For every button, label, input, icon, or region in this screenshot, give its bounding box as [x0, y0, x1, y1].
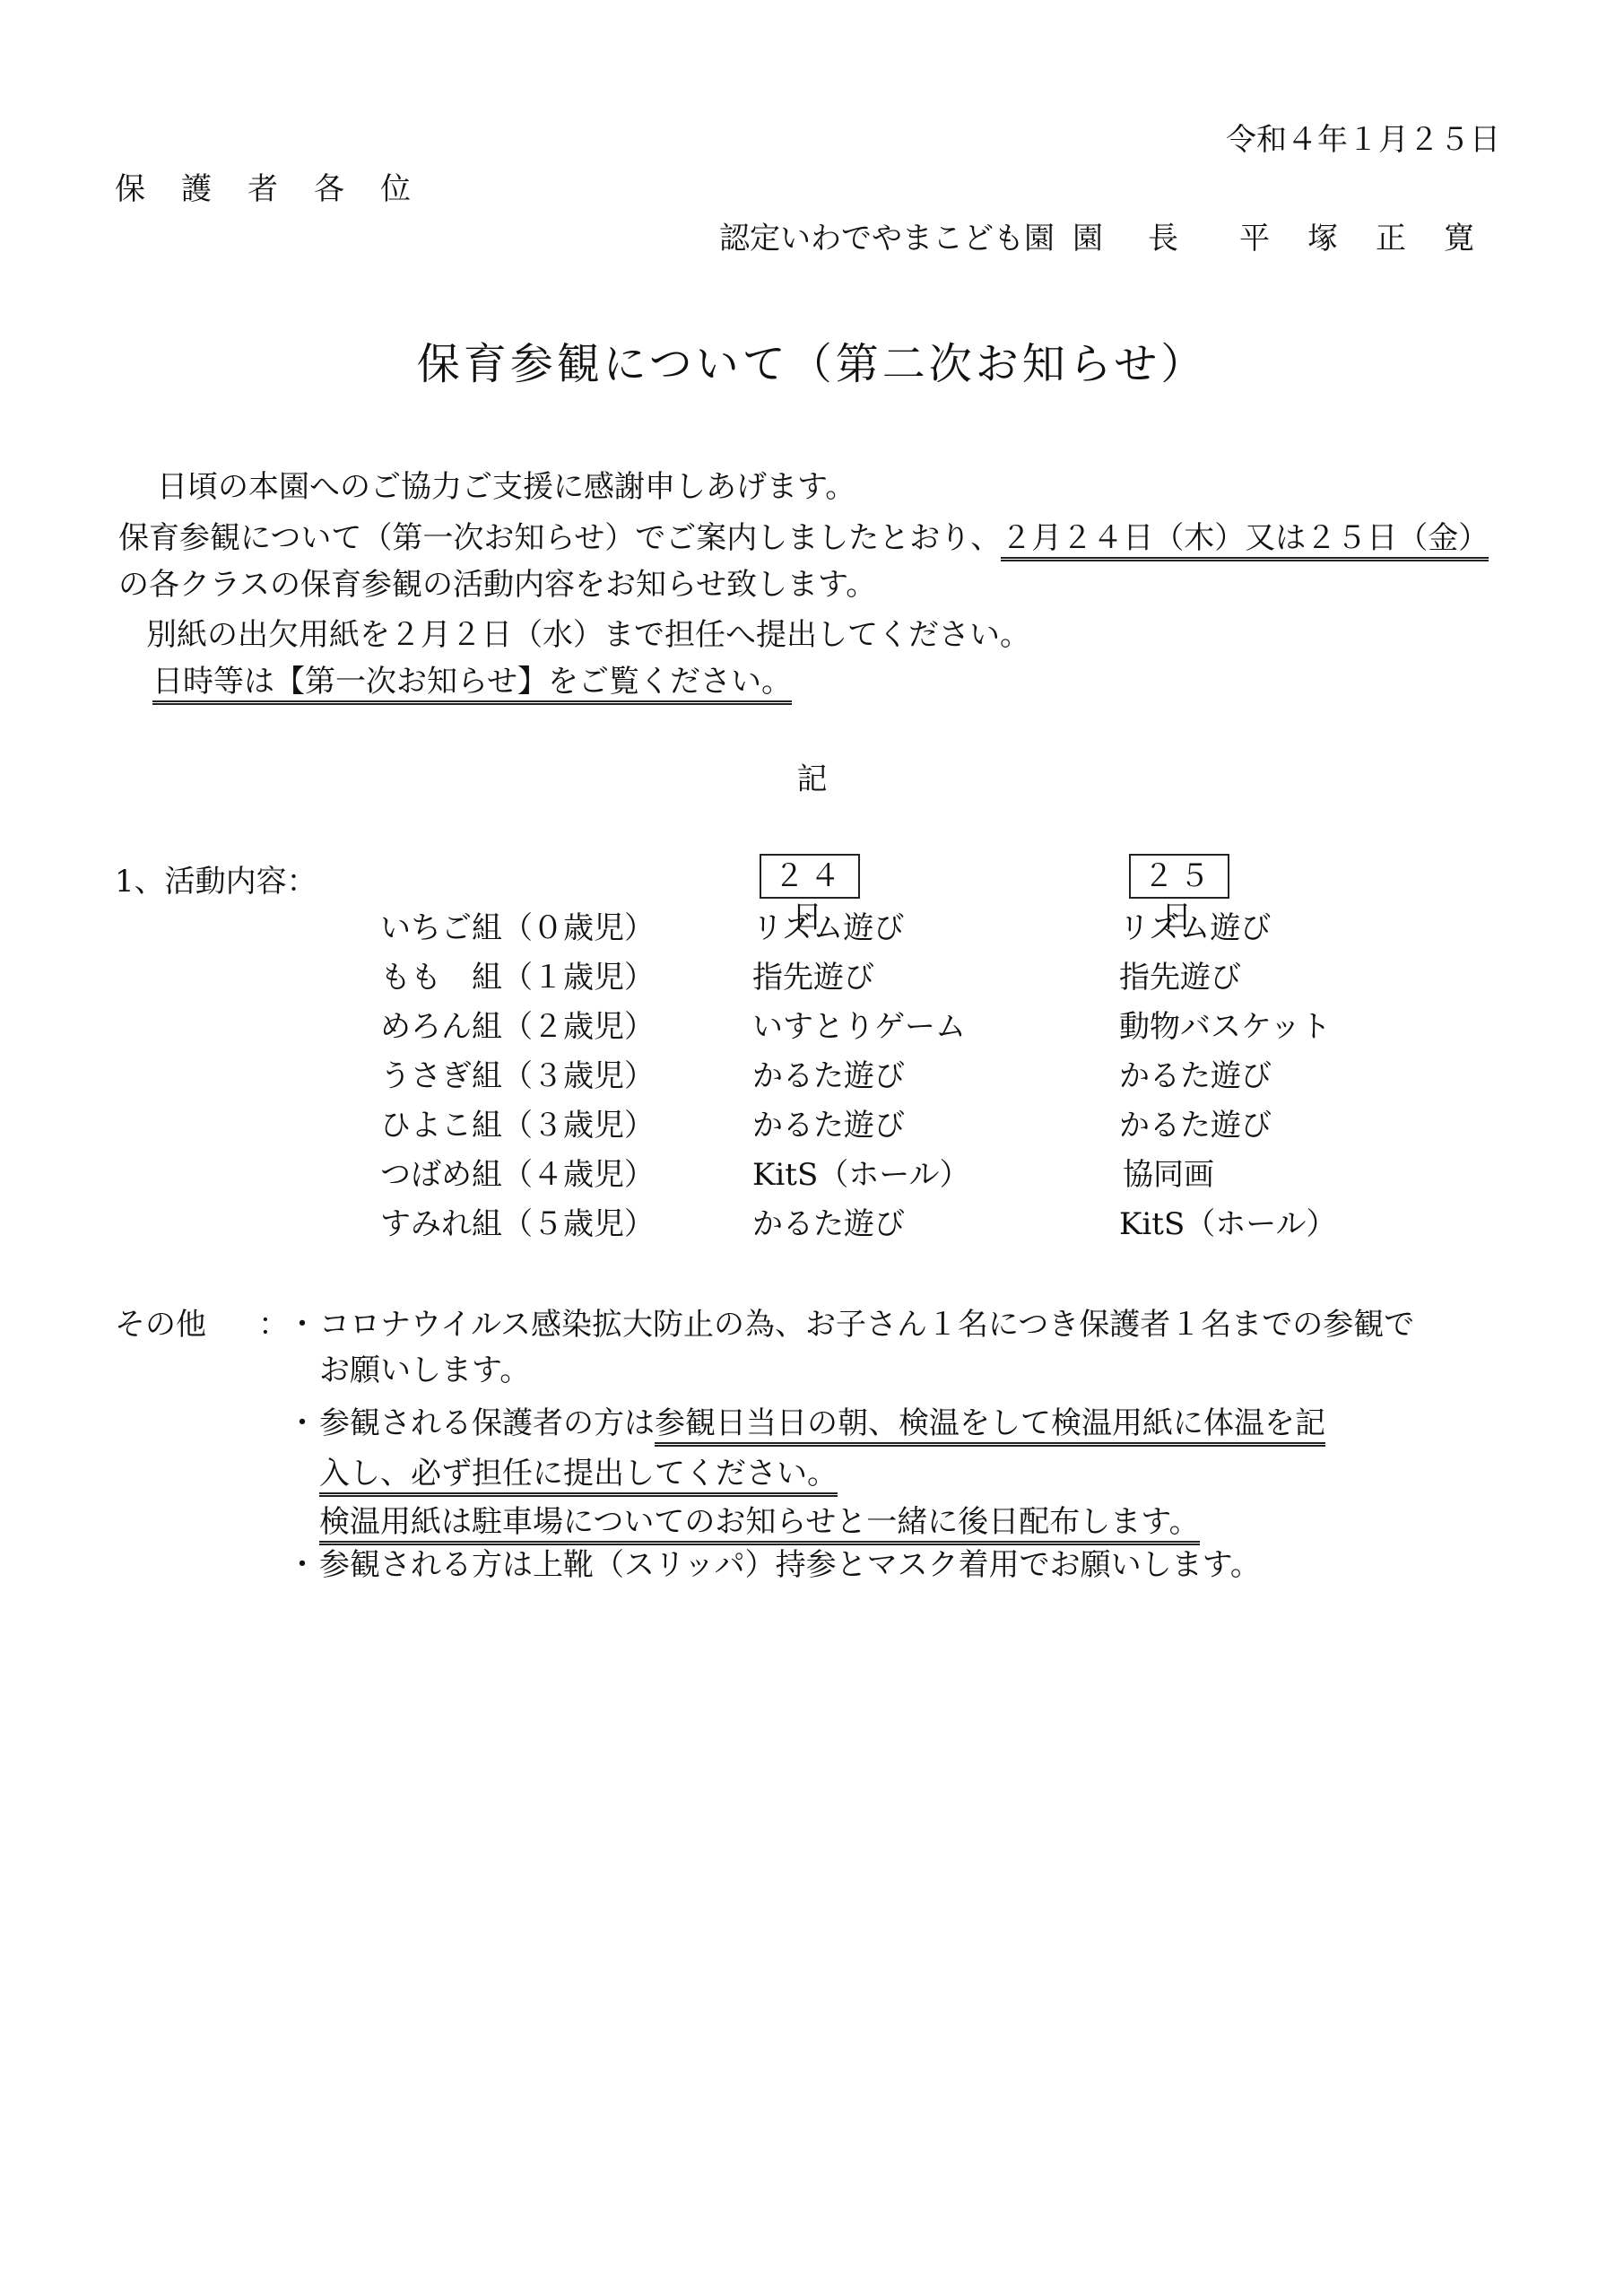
bullet-icon: ・	[287, 1405, 317, 1441]
activity-24: かるた遊び	[752, 1206, 905, 1242]
activity-25: かるた遊び	[1119, 1058, 1272, 1094]
activity-24: 指先遊び	[752, 960, 874, 996]
sender-title: 園 長	[1073, 221, 1185, 257]
note-3: 参観される方は上靴（スリッパ）持参とマスク着用でお願いします。	[319, 1547, 1261, 1583]
activity-25: かるた遊び	[1119, 1108, 1272, 1144]
intro-line-1: 日頃の本園へのご協力ご支援に感謝申しあげます。	[157, 469, 855, 505]
activity-24: リズム遊び	[752, 910, 904, 946]
page-title: 保育参観について（第二次お知らせ）	[0, 339, 1624, 389]
intro-line-4: 別紙の出欠用紙を２月２日（水）まで担任へ提出してください。	[146, 617, 1030, 653]
class-name: いちご組（０歳児）	[380, 910, 655, 946]
recipient-line: 保護者各位	[115, 171, 447, 207]
activity-row: もも 組（１歳児） 指先遊び 指先遊び	[0, 960, 1624, 996]
activity-row: すみれ組（５歳児） かるた遊び KitS（ホール）	[0, 1206, 1624, 1242]
intro-line-2-text: 保育参観について（第一次お知らせ）でご案内しましたとおり、	[118, 520, 1001, 556]
class-name: すみれ組（５歳児）	[380, 1206, 655, 1242]
note-2-line-2: 入し、必ず担任に提出してください。	[319, 1456, 838, 1492]
sender-line: 認定いわでやまこども園園 長平 塚 正 寛	[719, 221, 1478, 257]
note-1-line-2: お願いします。	[319, 1352, 530, 1388]
schedule-reference-underlined: 日時等は【第一次お知らせ】をご覧ください。	[152, 664, 792, 705]
activity-25: 指先遊び	[1119, 960, 1241, 996]
note-2-underlined-cont: 入し、必ず担任に提出してください。	[319, 1456, 838, 1497]
intro-line-2: 保育参観について（第一次お知らせ）でご案内しましたとおり、２月２４日（木）又は２…	[118, 520, 1489, 556]
sender-org: 認定いわでやまこども園	[719, 221, 1055, 257]
class-name: ひよこ組（３歳児）	[380, 1108, 655, 1144]
column-header-25: ２５日	[1129, 854, 1229, 899]
other-colon: ：	[258, 1307, 289, 1343]
activity-24: いすとりゲーム	[752, 1009, 966, 1045]
note-1-line-1: コロナウイルス感染拡大防止の為、お子さん１名につき保護者１名までの参観で	[319, 1307, 1414, 1343]
activity-24: かるた遊び	[752, 1058, 905, 1094]
document-date: 令和４年１月２５日	[1226, 122, 1500, 158]
activities-label: 1、活動内容：	[115, 864, 317, 900]
activity-25: リズム遊び	[1119, 910, 1271, 946]
sender-name: 平 塚 正 寛	[1239, 221, 1478, 257]
intro-line-5: 日時等は【第一次お知らせ】をご覧ください。	[152, 664, 792, 700]
bullet-icon: ・	[287, 1307, 317, 1343]
activity-row: ひよこ組（３歳児） かるた遊び かるた遊び	[0, 1108, 1624, 1144]
class-name: つばめ組（４歳児）	[380, 1157, 655, 1193]
intro-line-3: の各クラスの保育参観の活動内容をお知らせ致します。	[118, 567, 876, 603]
class-name: もも 組（１歳児）	[380, 960, 655, 996]
activity-24: かるた遊び	[752, 1108, 905, 1144]
note-2-text: 参観される保護者の方は	[319, 1405, 655, 1441]
column-header-24: ２４日	[760, 854, 860, 899]
event-dates-underlined: ２月２４日（木）又は２５日（金）	[1001, 520, 1489, 561]
note-2-line-3: 検温用紙は駐車場についてのお知らせと一緒に後日配布します。	[319, 1504, 1200, 1540]
class-name: うさぎ組（３歳児）	[380, 1058, 655, 1094]
activity-24: KitS（ホール）	[752, 1157, 970, 1193]
other-label: その他	[115, 1307, 206, 1343]
class-name: めろん組（２歳児）	[380, 1009, 655, 1045]
note-2-underlined-distribution: 検温用紙は駐車場についてのお知らせと一緒に後日配布します。	[319, 1504, 1200, 1545]
activity-25: 協同画	[1123, 1157, 1214, 1193]
note-2-underlined: 参観日当日の朝、検温をして検温用紙に体温を記	[655, 1405, 1325, 1447]
activity-row: うさぎ組（３歳児） かるた遊び かるた遊び	[0, 1058, 1624, 1094]
ki-heading: 記	[0, 761, 1624, 797]
note-2-line-1: 参観される保護者の方は参観日当日の朝、検温をして検温用紙に体温を記	[319, 1405, 1325, 1441]
bullet-icon: ・	[287, 1547, 317, 1583]
activity-row: めろん組（２歳児） いすとりゲーム 動物バスケット	[0, 1009, 1624, 1045]
activity-row: つばめ組（４歳児） KitS（ホール） 協同画	[0, 1157, 1624, 1193]
activity-25: 動物バスケット	[1119, 1009, 1331, 1045]
activity-25: KitS（ホール）	[1119, 1206, 1337, 1242]
activity-row: いちご組（０歳児） リズム遊び リズム遊び	[0, 910, 1624, 946]
